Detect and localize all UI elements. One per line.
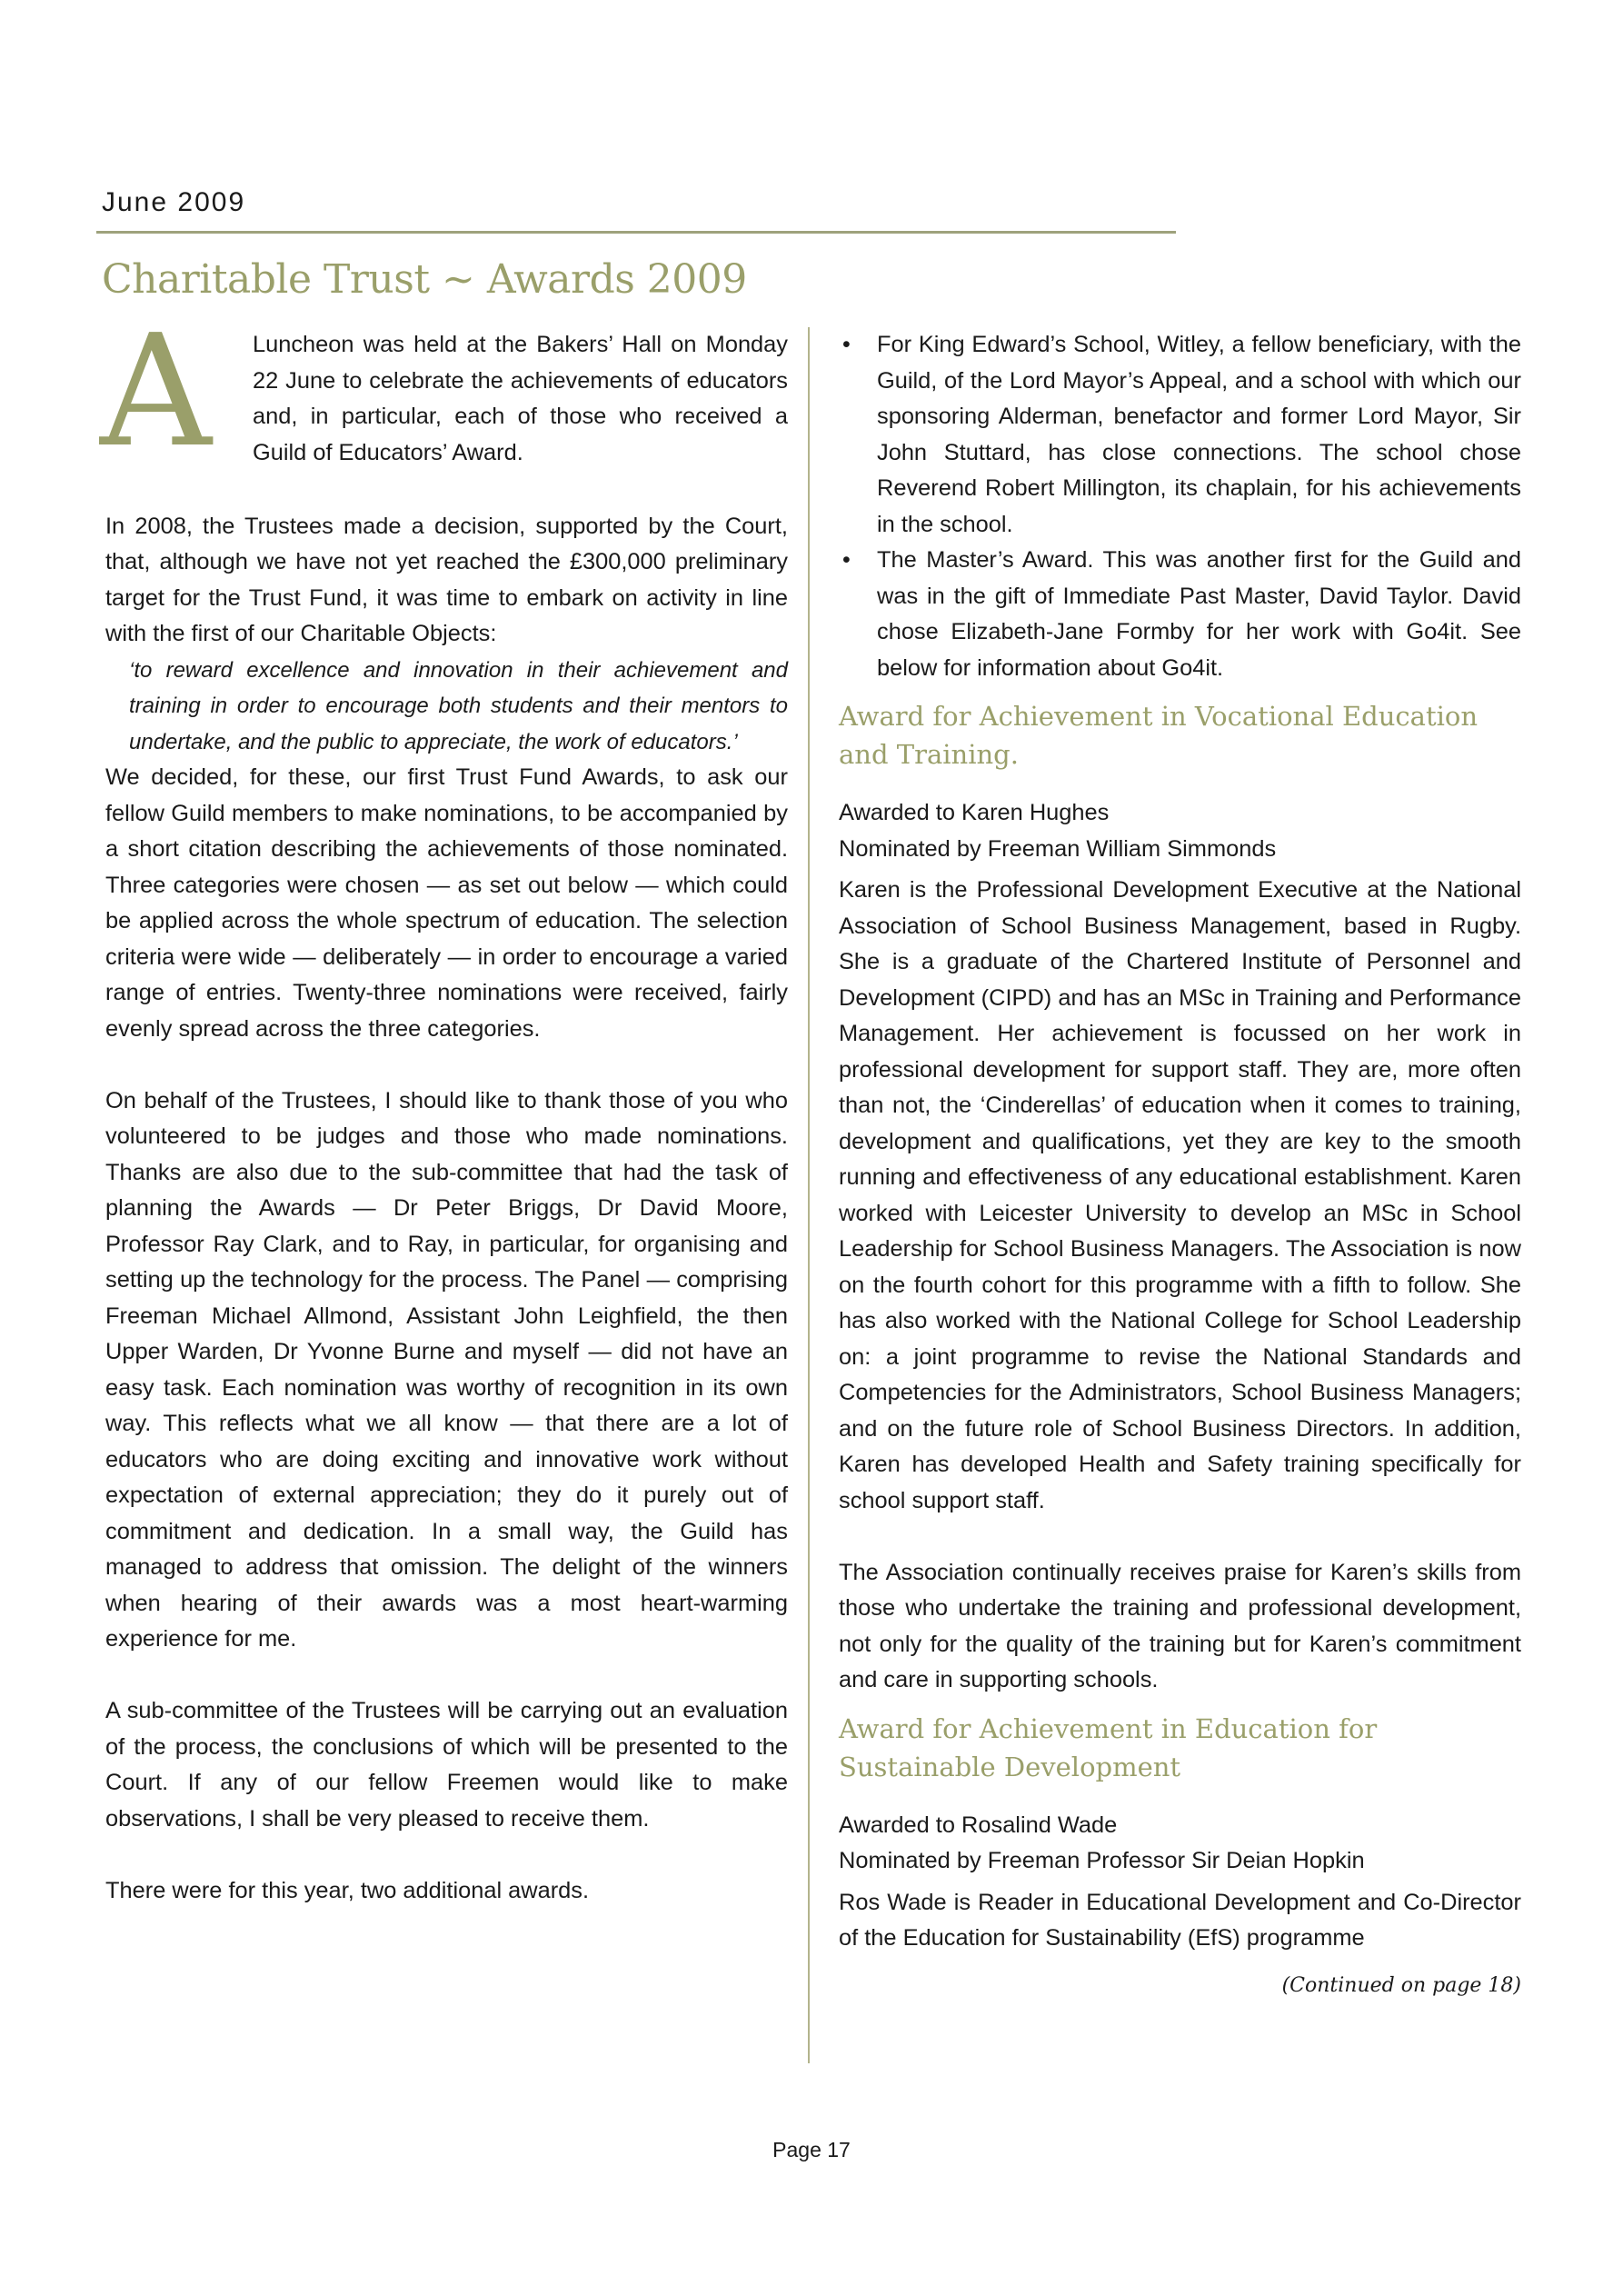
nominated-by: Nominated by Freeman Professor Sir Deian… — [839, 1843, 1521, 1880]
bullet-icon: • — [842, 543, 851, 579]
left-column: A Luncheon was held at the Bakers’ Hall … — [105, 327, 788, 1909]
paragraph-trustees-decision: In 2008, the Trustees made a decision, s… — [105, 509, 788, 653]
intro-block: A Luncheon was held at the Bakers’ Hall … — [105, 327, 788, 473]
list-item-text: The Master’s Award. This was another fir… — [877, 547, 1521, 681]
award-section-sustainable: Award for Achievement in Education for S… — [839, 1710, 1521, 1957]
column-divider — [808, 327, 810, 2063]
charitable-object-quote: ‘to reward excellence and innovation in … — [129, 653, 788, 761]
paragraph-thanks: On behalf of the Trustees, I should like… — [105, 1083, 788, 1658]
bullet-icon: • — [842, 327, 851, 364]
header-divider — [96, 231, 1176, 234]
intro-paragraph: Luncheon was held at the Bakers’ Hall on… — [253, 327, 788, 471]
additional-awards-list: • For King Edward’s School, Witley, a fe… — [839, 327, 1521, 686]
list-item: • The Master’s Award. This was another f… — [839, 543, 1521, 686]
citation-paragraph: Karen is the Professional Development Ex… — [839, 873, 1521, 1519]
page-number: Page 17 — [0, 2138, 1623, 2162]
list-item-text: For King Edward’s School, Witley, a fell… — [877, 332, 1521, 537]
list-item: • For King Edward’s School, Witley, a fe… — [839, 327, 1521, 543]
paragraph-evaluation: A sub-committee of the Trustees will be … — [105, 1693, 788, 1837]
citation-paragraph: The Association continually receives pra… — [839, 1555, 1521, 1699]
continued-link[interactable]: (Continued on page 18) — [839, 1968, 1521, 2004]
right-column: • For King Edward’s School, Witley, a fe… — [839, 327, 1521, 2003]
page-title: Charitable Trust ~ Awards 2009 — [102, 256, 747, 303]
section-heading: Award for Achievement in Education for S… — [839, 1710, 1521, 1786]
nominated-by: Nominated by Freeman William Simmonds — [839, 832, 1521, 868]
drop-cap: A — [100, 314, 212, 469]
awarded-to: Awarded to Karen Hughes — [839, 795, 1521, 832]
citation-paragraph: Ros Wade is Reader in Educational Develo… — [839, 1885, 1521, 1957]
section-heading: Award for Achievement in Vocational Educ… — [839, 697, 1521, 774]
paragraph-additional-awards: There were for this year, two additional… — [105, 1873, 788, 1910]
issue-date: June 2009 — [102, 187, 245, 218]
award-section-vocational: Award for Achievement in Vocational Educ… — [839, 697, 1521, 1699]
paragraph-nominations: We decided, for these, our first Trust F… — [105, 760, 788, 1047]
awarded-to: Awarded to Rosalind Wade — [839, 1808, 1521, 1844]
